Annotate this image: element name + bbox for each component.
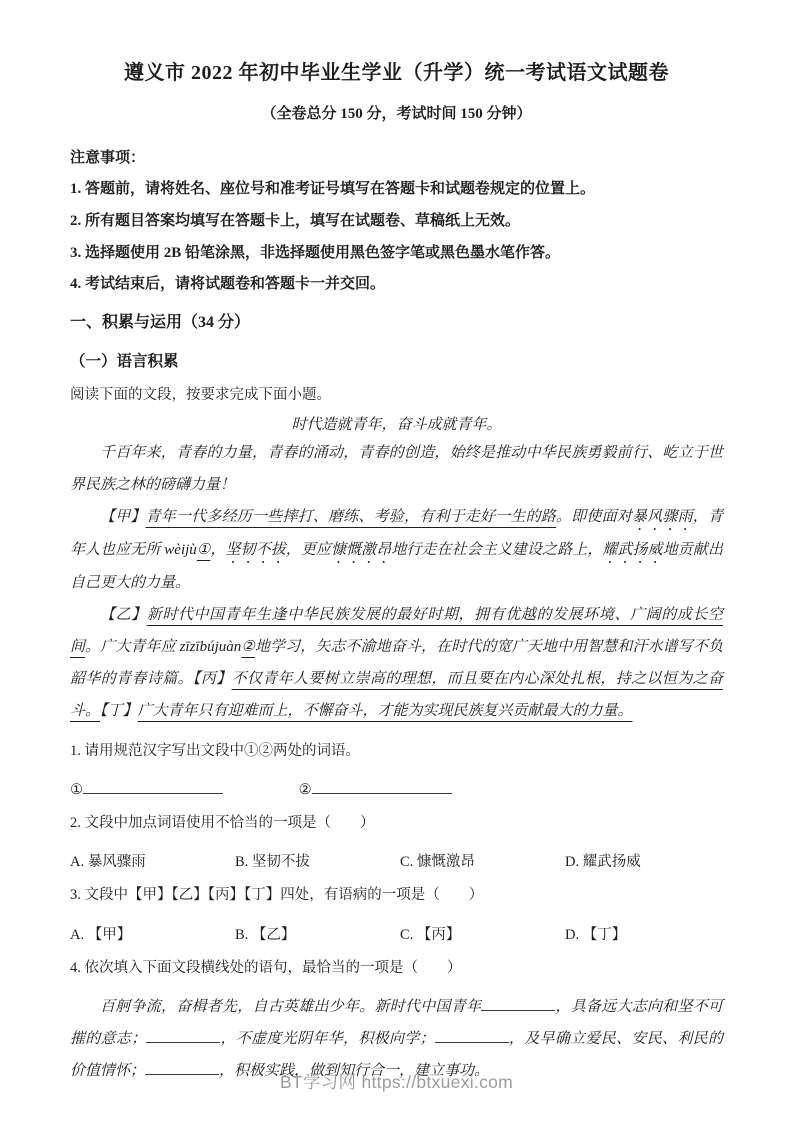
passage-intro: 阅读下面的文段，按要求完成下面小题。 [70, 383, 723, 404]
question-3-option-a: A. 【甲】 [70, 923, 235, 944]
question-1-text: 1. 请用规范汉字写出文段中①②两处的词语。 [70, 741, 723, 761]
question-3-options: A. 【甲】 B. 【乙】 C. 【丙】 D. 【丁】 [70, 923, 723, 944]
blank-2-label: ② [299, 782, 312, 798]
question-2-option-a: A. 暴风骤雨 [70, 850, 235, 871]
question-4-text: 4. 依次填入下面文段横线处的语句，最恰当的一项是（ ） [70, 958, 723, 978]
question-2-text: 2. 文段中加点词语使用不恰当的一项是（ ） [70, 813, 723, 833]
answer-blank-line [83, 779, 223, 794]
question-2-option-b: B. 坚韧不拔 [235, 850, 400, 871]
blank-1-label: ① [70, 782, 83, 798]
notice-item-2: 2. 所有题目答案均填写在答题卡上，填写在试题卷、草稿纸上无效。 [70, 212, 723, 231]
question-2-option-d: D. 耀武扬威 [565, 850, 723, 871]
question-2-option-c: C. 慷慨激昂 [400, 850, 565, 871]
subsection-heading: （一）语言积累 [70, 349, 723, 371]
question-2-options: A. 暴风骤雨 B. 坚韧不拔 C. 慷慨激昂 D. 耀武扬威 [70, 850, 723, 871]
notice-heading: 注意事项： [70, 146, 723, 167]
question-3-option-b: B. 【乙】 [235, 923, 400, 944]
answer-blank-line [312, 779, 452, 794]
question-1-blank-2: ② [299, 782, 452, 798]
passage-paragraph-3: 【乙】新时代中国青年生逢中华民族发展的最好时期，拥有优越的发展环境、广阔的成长空… [70, 599, 723, 727]
question-1-blank-1: ① [70, 782, 223, 798]
page-title: 遵义市 2022 年初中毕业生学业（升学）统一考试语文试题卷 [70, 56, 723, 85]
notice-item-3: 3. 选择题使用 2B 铅笔涂黑，非选择题使用黑色签字笔或黑色墨水笔作答。 [70, 244, 723, 263]
passage-paragraph-1: 千百年来，青春的力量，青春的涌动，青春的创造，始终是推动中华民族勇毅前行、屹立于… [70, 437, 723, 501]
page-content: 遵义市 2022 年初中毕业生学业（升学）统一考试语文试题卷 （全卷总分 150… [0, 0, 793, 1087]
passage-paragraph-2: 【甲】青年一代多经历一些摔打、磨练、考验，有利于走好一生的路。即使面对暴风骤雨，… [70, 501, 723, 599]
notice-item-4: 4. 考试结束后，请将试题卷和答题卡一并交回。 [70, 275, 723, 294]
page-subtitle: （全卷总分 150 分，考试时间 150 分钟） [70, 102, 723, 123]
notice-block: 注意事项： 1. 答题前，请将姓名、座位号和准考证号填写在答题卡和试题卷规定的位… [70, 146, 723, 294]
exam-paper-page: 遵义市 2022 年初中毕业生学业（升学）统一考试语文试题卷 （全卷总分 150… [0, 0, 793, 1122]
question-3-text: 3. 文段中【甲】【乙】【丙】【丁】四处，有语病的一项是（ ） [70, 885, 723, 905]
passage-epigraph: 时代造就青年，奋斗成就青年。 [70, 413, 723, 434]
notice-item-1: 1. 答题前，请将姓名、座位号和准考证号填写在答题卡和试题卷规定的位置上。 [70, 180, 723, 199]
question-3-option-c: C. 【丙】 [400, 923, 565, 944]
watermark: BT学习网 https://btxuexi.com [0, 1069, 793, 1094]
section-heading: 一、积累与运用（34 分） [70, 309, 723, 332]
question-1-blanks: ① ② [70, 779, 723, 799]
question-3-option-d: D. 【丁】 [565, 923, 723, 944]
